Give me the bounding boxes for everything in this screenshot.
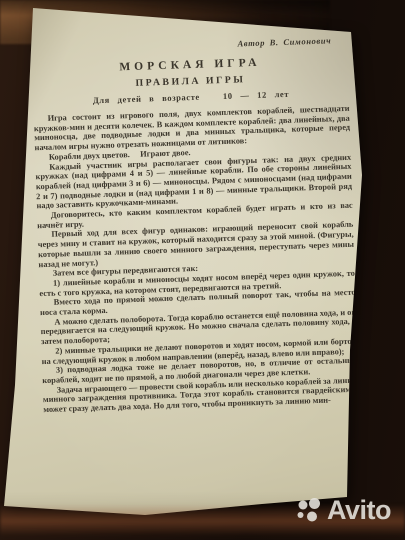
paper-shadow: Автор В. Симонович МОРСКАЯ ИГРА ПРАВИЛА …	[0, 0, 405, 540]
avito-watermark: Avito	[296, 496, 391, 524]
author-line: Автор В. Симонович	[31, 35, 347, 55]
avito-dots-logo-icon	[296, 498, 323, 524]
avito-wordmark: Avito	[327, 496, 391, 524]
paper-page: Автор В. Симонович МОРСКАЯ ИГРА ПРАВИЛА …	[0, 0, 405, 540]
photo-scene: Автор В. Симонович МОРСКАЯ ИГРА ПРАВИЛА …	[0, 0, 405, 540]
rules-text: Игра состоит из игрового поля, двух комп…	[33, 104, 359, 415]
page-content: Автор В. Симонович МОРСКАЯ ИГРА ПРАВИЛА …	[31, 35, 359, 415]
